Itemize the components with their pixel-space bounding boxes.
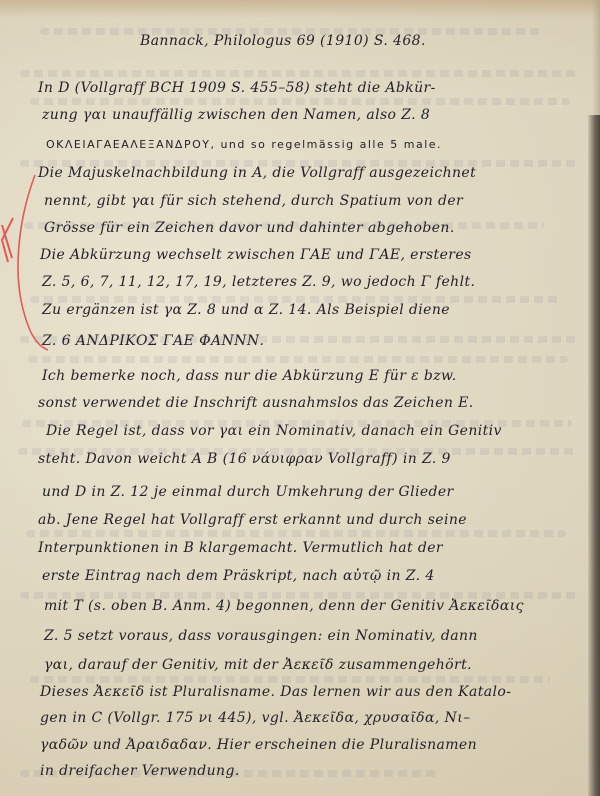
- text-line-11: Ich bemerke noch, dass nur die Abkürzung…: [42, 368, 457, 384]
- text-line-10: Z. 6 ΑΝΔΡΙΚΟΣ ΓΑΕ ΦΑΝΝΝ.: [42, 333, 264, 349]
- paper-right-edge: [588, 115, 600, 796]
- text-line-14: steht. Davon weicht A B (16 νάυιφραν Vol…: [38, 451, 451, 467]
- page-heading: Bannack, Philologus 69 (1910) S. 468.: [140, 33, 426, 49]
- text-line-16: ab. Jene Regel hat Vollgraff erst erkann…: [38, 512, 467, 528]
- text-line-6: Grösse für ein Zeichen davor und dahinte…: [44, 220, 455, 236]
- text-line-13: Die Regel ist, dass vor γαι ein Nominati…: [46, 423, 502, 439]
- text-line-12: sonst verwendet die Inschrift ausnahmslo…: [38, 395, 474, 411]
- text-line-19: mit T (s. oben B. Anm. 4) begonnen, denn…: [44, 598, 524, 614]
- text-line-8: Z. 5, 6, 7, 11, 12, 17, 19, letzteres Z.…: [42, 274, 475, 290]
- text-line-25: in dreifacher Verwendung.: [40, 763, 240, 779]
- text-line-1: In D (Vollgraff BCH 1909 S. 455–58) steh…: [38, 80, 436, 96]
- text-line-2: zung γαι unauffällig zwischen den Namen,…: [42, 107, 430, 123]
- text-line-4: Die Majuskelnachbildung in A, die Vollgr…: [38, 165, 476, 181]
- text-line-5: nennt, gibt γαι für sich stehend, durch …: [44, 193, 463, 209]
- paper-right-edge-top: [592, 0, 600, 115]
- text-line-9: Zu ergänzen ist γα Z. 8 und α Z. 14. Als…: [42, 302, 450, 318]
- text-line-15: und D in Z. 12 je einmal durch Umkehrung…: [42, 484, 454, 500]
- text-line-21: γαι, darauf der Genitiv, mit der Ἀεκεῖδ …: [44, 657, 472, 673]
- text-line-22: Dieses Ἀεκεῖδ ist Pluralisname. Das lern…: [40, 684, 511, 700]
- manuscript-page: Bannack, Philologus 69 (1910) S. 468. In…: [0, 0, 600, 796]
- text-line-18: erste Eintrag nach dem Präskript, nach α…: [42, 568, 435, 584]
- text-line-17: Interpunktionen in B klargemacht. Vermut…: [38, 540, 443, 556]
- text-line-7: Die Abkürzung wechselt zwischen ΓΑΕ und …: [40, 247, 472, 263]
- text-line-24: γαδῶν und Ἀραιδαδαν. Hier erscheinen die…: [40, 737, 477, 753]
- text-line-20: Z. 5 setzt voraus, dass vorausgingen: ei…: [44, 628, 478, 644]
- text-line-23: gen in C (Vollgr. 175 νι 445), vgl. Ἀεκε…: [40, 710, 471, 726]
- paper-top-edge: [0, 0, 600, 18]
- text-line-3: ΟΚΛΕΙΑΓΑΕΑΛΕΞΑΝΔΡΟΥ, und so regelmässig …: [46, 138, 442, 151]
